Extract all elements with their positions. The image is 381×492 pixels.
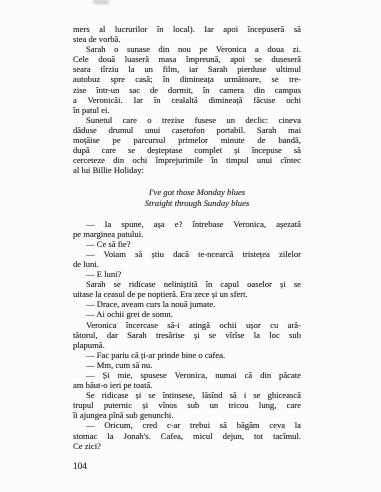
text-line: plapumă. (73, 340, 301, 350)
text-line: în patul ei. (73, 105, 301, 115)
text-line: de luni. (73, 259, 301, 269)
text-line: Ce zici? (73, 441, 301, 451)
text-line: moțăise pe parcursul primelor minute de … (73, 135, 301, 145)
text-line: am băut-o ieri pe toată. (73, 380, 301, 390)
text-line: Veronica încercase să-i atingă ochii ușo… (73, 320, 301, 330)
text-line: seara tîrziu la un film, iar Sarah pierd… (73, 64, 301, 74)
text-line: — Și mie, spusese Veronica, numai că din… (73, 370, 301, 380)
text-line: — Oricum, cred c-ar trebui să băgăm ceva… (73, 420, 301, 430)
verse-line: I've got those Monday blues (93, 187, 301, 197)
text-line: — E luni? (73, 269, 301, 279)
text-line: trupul puternic și vînos sub un tricou l… (73, 400, 301, 410)
text-line: zise într-un sac de dormit, în camera di… (73, 85, 301, 95)
text-line: Sarah o sunase din nou pe Veronica a dou… (73, 44, 301, 54)
text-line: al lui Billie Holiday: (73, 165, 301, 175)
text-line: după care se deșteptase complet și încep… (73, 145, 301, 155)
text-line: îi ajungea pînă sub genunchi. (73, 410, 301, 420)
book-page: mers al lucrurilor în local). Iar apoi î… (0, 0, 381, 492)
verse-line: Straight through Sunday blues (93, 198, 301, 208)
text-line: — Ia spune, așa e? întrebase Veronica, a… (73, 219, 301, 229)
text-line: Sarah se ridicase neliniștită în capul o… (73, 279, 301, 289)
text-line: a Veronicăi. Iar în cealaltă dimineață f… (73, 95, 301, 105)
song-verse: I've got those Monday blues Straight thr… (73, 187, 301, 207)
text-line: — Voiam să știu dacă te-ncearcă tristețe… (73, 249, 301, 259)
text-line: tătorul, dar Sarah tresărise și se vîrîs… (73, 330, 301, 340)
text-line: stomac la Jonah's. Cafea, micul dejun, t… (73, 431, 301, 441)
text-line: Cele două luaseră masa împreună, apoi se… (73, 54, 301, 64)
scan-artifact (93, 0, 109, 4)
text-line: Sunetul care o trezise fusese un declic:… (73, 115, 301, 125)
text-line: — Ai ochii grei de somn. (73, 309, 301, 319)
text-line: — Drace, aveam curs la nouă jumate. (73, 299, 301, 309)
text-line: Se ridicase și se întinsese, lăsînd să i… (73, 390, 301, 400)
text-line: mers al lucrurilor în local). Iar apoi î… (73, 24, 301, 34)
page-number: 104 (73, 461, 87, 472)
page-text-block: mers al lucrurilor în local). Iar apoi î… (73, 24, 301, 451)
text-line: — Ce să fie? (73, 239, 301, 249)
text-line: — Fac pariu că ți-ar prinde bine o cafea… (73, 350, 301, 360)
text-line: uitase la ceasul de pe noptieră. Era zec… (73, 289, 301, 299)
text-line: — Mm, cum să nu. (73, 360, 301, 370)
text-line: autobuz spre casă; în dimineața următoar… (73, 74, 301, 84)
text-line: dăduse drumul unui casetofon portabil. S… (73, 125, 301, 135)
text-line: cerceteze din ochi împrejurimile în timp… (73, 155, 301, 165)
text-line: stea de vorbă. (73, 34, 301, 44)
text-line: pe marginea patului. (73, 229, 301, 239)
